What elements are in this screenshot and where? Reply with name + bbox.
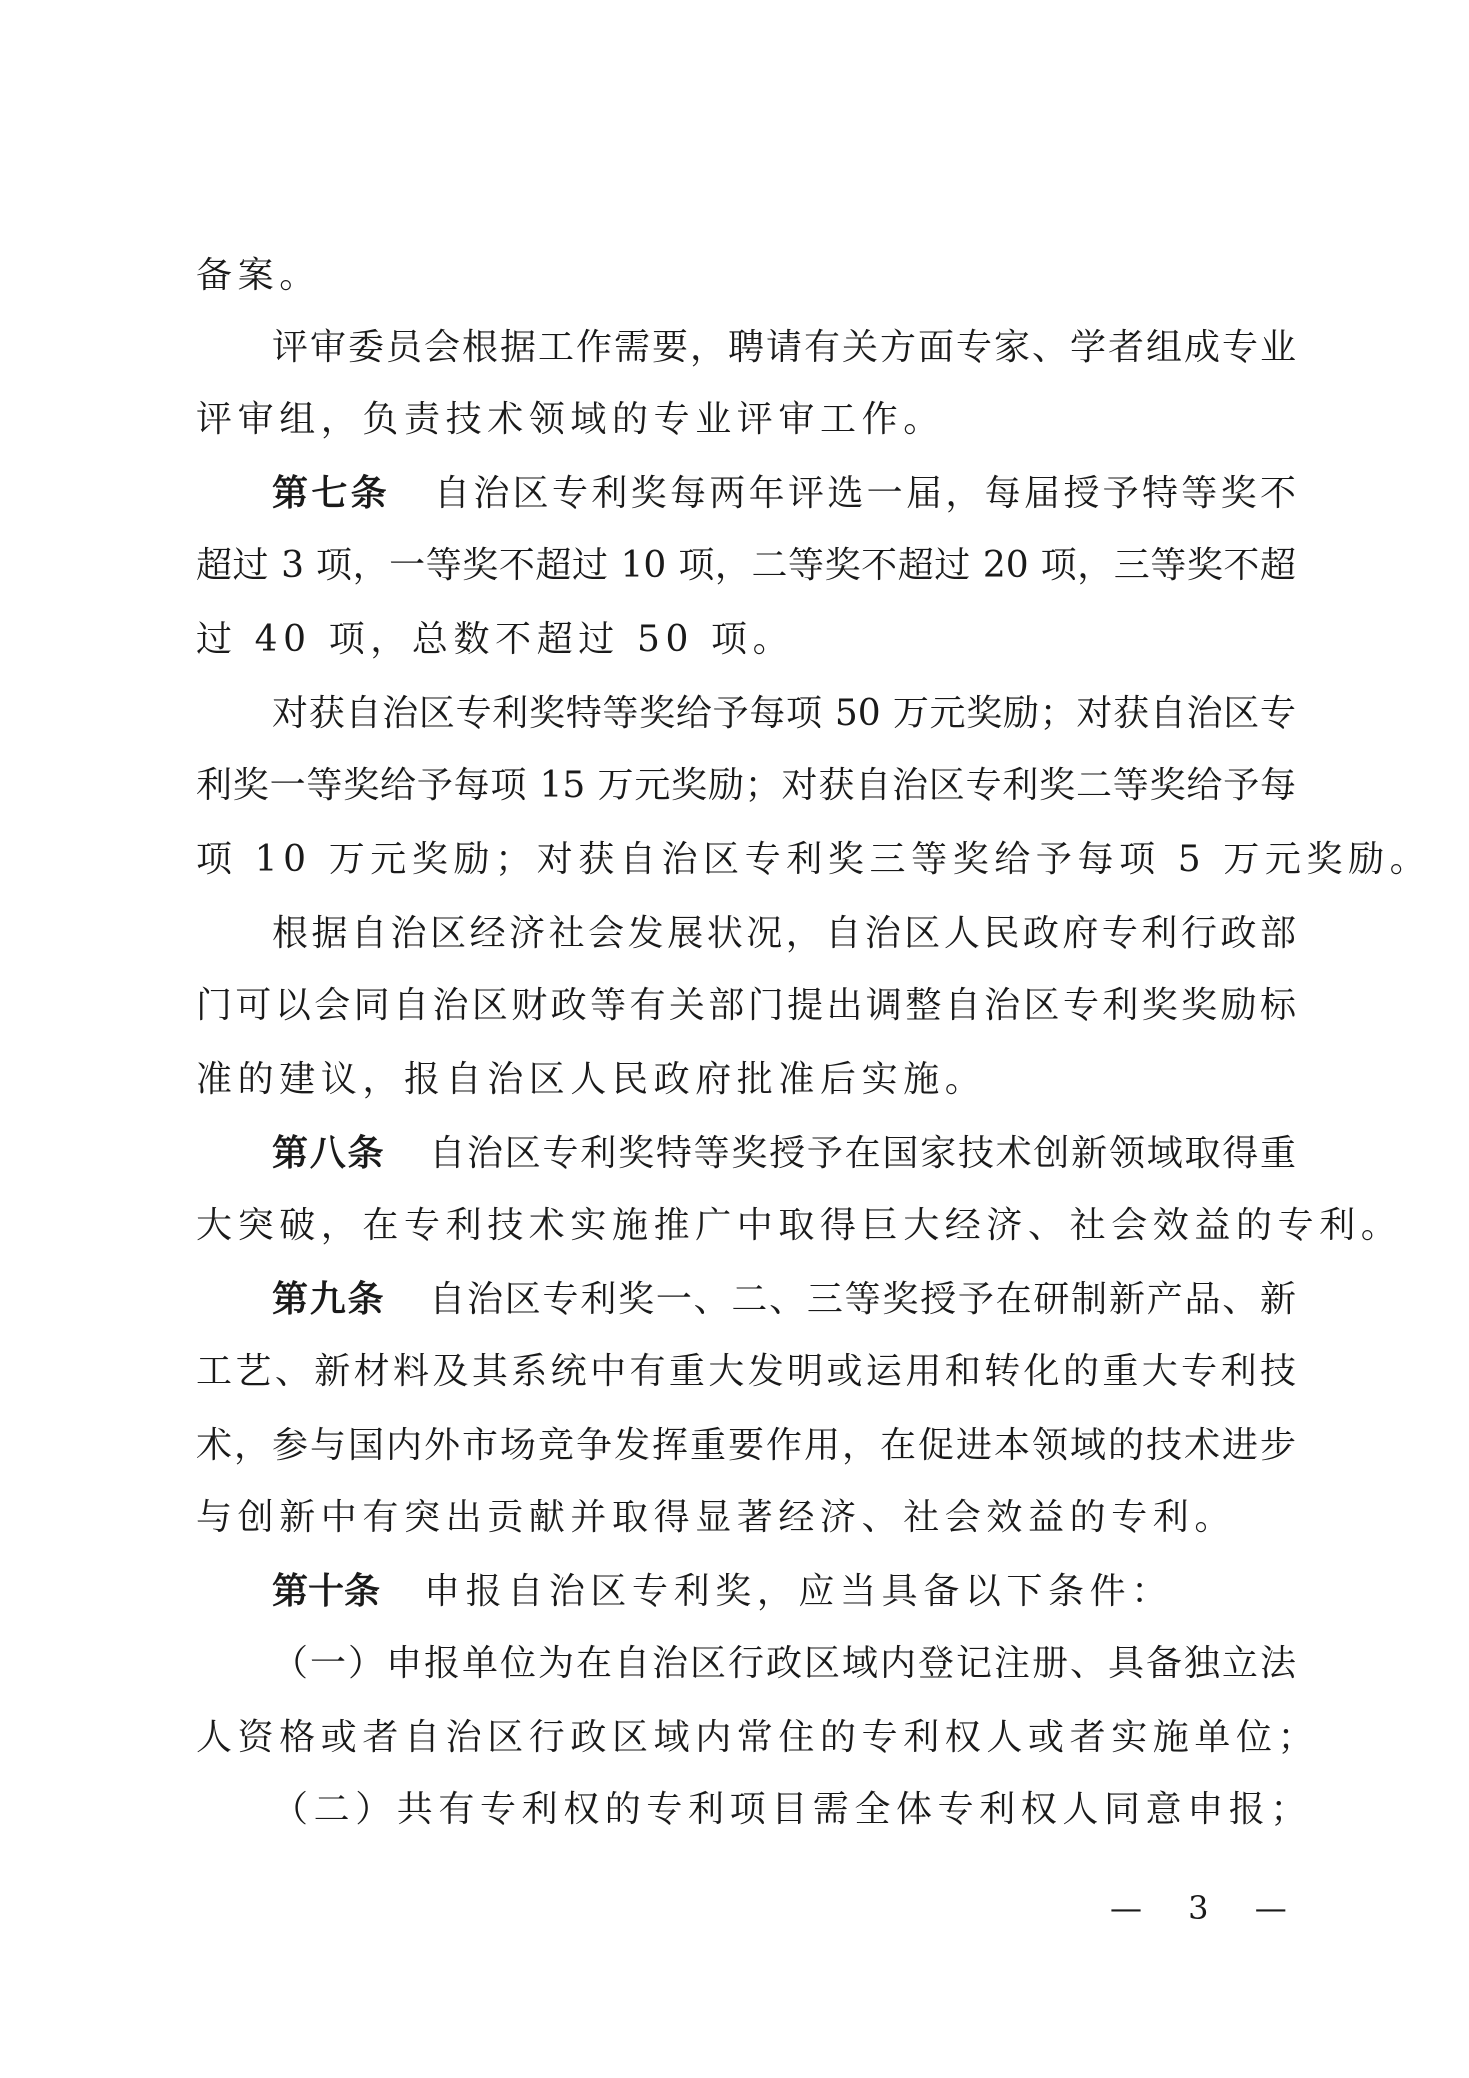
paragraph-line: 利奖一等奖给予每项 15 万元奖励；对获自治区专利奖二等奖给予每 bbox=[196, 756, 1296, 816]
paragraph-line: 评审组，负责技术领域的专业评审工作。 bbox=[196, 390, 1296, 450]
article-heading: 第八条 bbox=[272, 1133, 385, 1174]
line-text: 评审组，负责技术领域的专业评审工作。 bbox=[196, 399, 945, 440]
paragraph-line: 工艺、新材料及其系统中有重大发明或运用和转化的重大专利技 bbox=[196, 1342, 1296, 1402]
document-page: 备案。评审委员会根据工作需要，聘请有关方面专家、学者组成专业评审组，负责技术领域… bbox=[0, 0, 1469, 2078]
line-text: 超过 3 项，一等奖不超过 10 项，二等奖不超过 20 项，三等奖不超 bbox=[196, 545, 1296, 586]
paragraph-line: 超过 3 项，一等奖不超过 10 项，二等奖不超过 20 项，三等奖不超 bbox=[196, 536, 1296, 596]
paragraph-line: 根据自治区经济社会发展状况，自治区人民政府专利行政部 bbox=[272, 904, 1296, 964]
line-text: 根据自治区经济社会发展状况，自治区人民政府专利行政部 bbox=[272, 913, 1296, 954]
line-text: 申报自治区专利奖，应当具备以下条件： bbox=[424, 1571, 1173, 1612]
line-text: 门可以会同自治区财政等有关部门提出调整自治区专利奖奖励标 bbox=[196, 985, 1296, 1026]
page-number: — 3 — bbox=[1110, 1888, 1305, 1928]
line-text: 自治区专利奖每两年评选一届，每届授予特等奖不 bbox=[434, 473, 1296, 514]
article-heading: 第七条 bbox=[272, 473, 390, 514]
article-paragraph-line: 第十条申报自治区专利奖，应当具备以下条件： bbox=[272, 1562, 1296, 1622]
paragraph-line: 与创新中有突出贡献并取得显著经济、社会效益的专利。 bbox=[196, 1488, 1296, 1548]
paragraph-line: 术，参与国内外市场竞争发挥重要作用，在促进本领域的技术进步 bbox=[196, 1416, 1296, 1476]
line-text: 利奖一等奖给予每项 15 万元奖励；对获自治区专利奖二等奖给予每 bbox=[196, 765, 1296, 806]
line-text: 自治区专利奖一、二、三等奖授予在研制新产品、新 bbox=[429, 1279, 1296, 1320]
article-heading: 第九条 bbox=[272, 1279, 385, 1320]
line-text: 准的建议，报自治区人民政府批准后实施。 bbox=[196, 1059, 986, 1100]
line-text: 对获自治区专利奖特等奖给予每项 50 万元奖励；对获自治区专 bbox=[272, 693, 1296, 734]
paragraph-line: 准的建议，报自治区人民政府批准后实施。 bbox=[196, 1050, 1296, 1110]
line-text: 大突破，在专利技术实施推广中取得巨大经济、社会效益的专利。 bbox=[196, 1205, 1402, 1246]
paragraph-line: （二）共有专利权的专利项目需全体专利权人同意申报； bbox=[272, 1780, 1296, 1840]
line-text: 术，参与国内外市场竞争发挥重要作用，在促进本领域的技术进步 bbox=[196, 1425, 1296, 1466]
article-paragraph-line: 第七条自治区专利奖每两年评选一届，每届授予特等奖不 bbox=[272, 464, 1296, 524]
paragraph-line: （一）申报单位为在自治区行政区域内登记注册、具备独立法 bbox=[272, 1634, 1296, 1694]
paragraph-line: 对获自治区专利奖特等奖给予每项 50 万元奖励；对获自治区专 bbox=[272, 684, 1296, 744]
article-paragraph-line: 第八条自治区专利奖特等奖授予在国家技术创新领域取得重 bbox=[272, 1124, 1296, 1184]
line-text: 工艺、新材料及其系统中有重大发明或运用和转化的重大专利技 bbox=[196, 1351, 1296, 1392]
line-text: 人资格或者自治区行政区域内常住的专利权人或者实施单位； bbox=[196, 1717, 1319, 1758]
article-heading: 第十条 bbox=[272, 1571, 380, 1612]
line-text: 评审委员会根据工作需要，聘请有关方面专家、学者组成专业 bbox=[272, 327, 1296, 368]
paragraph-line: 人资格或者自治区行政区域内常住的专利权人或者实施单位； bbox=[196, 1708, 1296, 1768]
line-text: 自治区专利奖特等奖授予在国家技术创新领域取得重 bbox=[429, 1133, 1296, 1174]
paragraph-line: 备案。 bbox=[196, 246, 1296, 306]
line-text: （二）共有专利权的专利项目需全体专利权人同意申报； bbox=[272, 1789, 1312, 1830]
paragraph-line: 评审委员会根据工作需要，聘请有关方面专家、学者组成专业 bbox=[272, 318, 1296, 378]
paragraph-line: 项 10 万元奖励；对获自治区专利奖三等奖给予每项 5 万元奖励。 bbox=[196, 830, 1296, 890]
paragraph-line: 门可以会同自治区财政等有关部门提出调整自治区专利奖奖励标 bbox=[196, 976, 1296, 1036]
article-paragraph-line: 第九条自治区专利奖一、二、三等奖授予在研制新产品、新 bbox=[272, 1270, 1296, 1330]
line-text: 过 40 项，总数不超过 50 项。 bbox=[196, 619, 794, 660]
line-text: 备案。 bbox=[196, 255, 321, 296]
line-text: 项 10 万元奖励；对获自治区专利奖三等奖给予每项 5 万元奖励。 bbox=[196, 839, 1431, 880]
line-text: 与创新中有突出贡献并取得显著经济、社会效益的专利。 bbox=[196, 1497, 1236, 1538]
line-text: （一）申报单位为在自治区行政区域内登记注册、具备独立法 bbox=[272, 1643, 1296, 1684]
paragraph-line: 大突破，在专利技术实施推广中取得巨大经济、社会效益的专利。 bbox=[196, 1196, 1296, 1256]
paragraph-line: 过 40 项，总数不超过 50 项。 bbox=[196, 610, 1296, 670]
